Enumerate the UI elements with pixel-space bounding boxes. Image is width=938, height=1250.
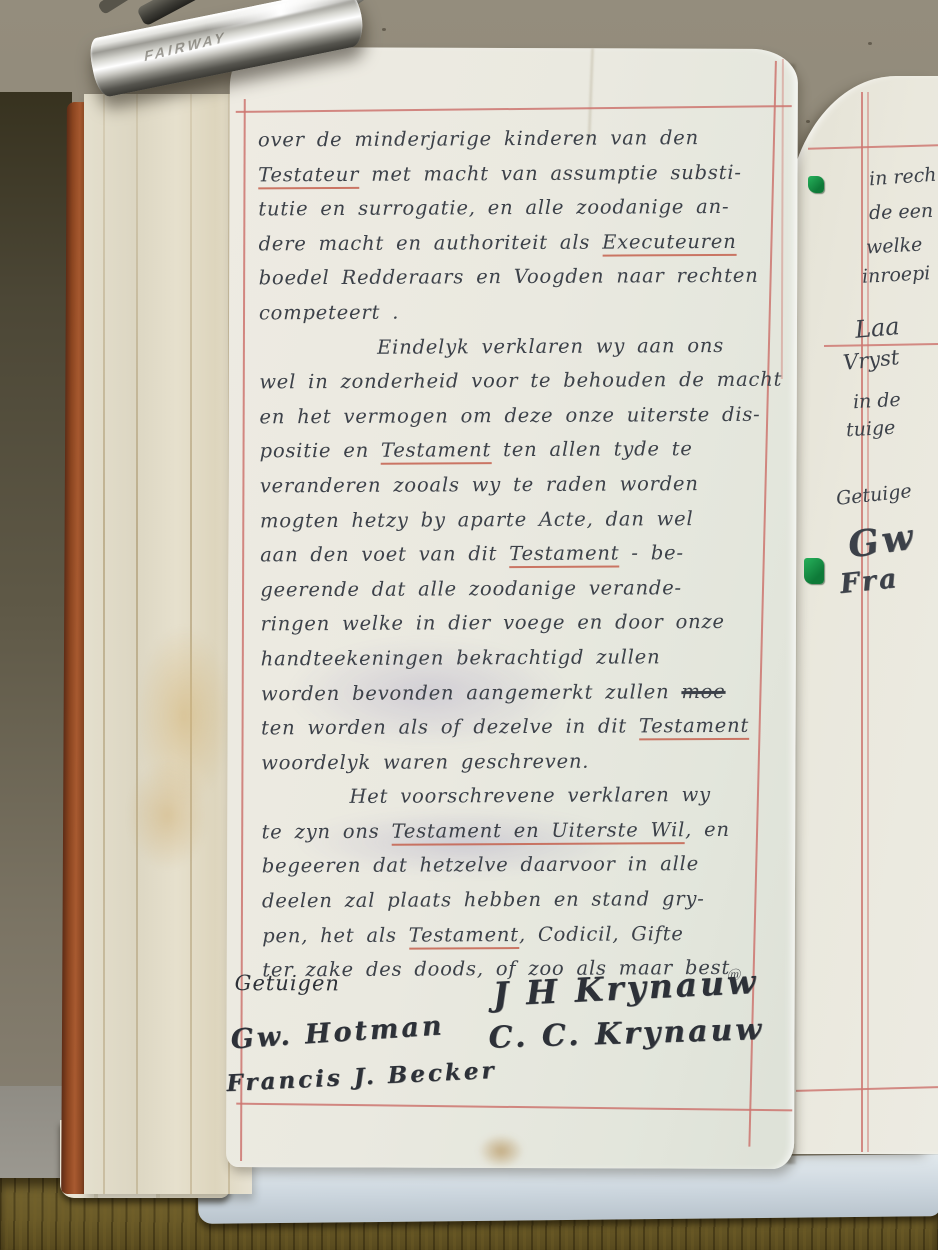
manuscript-segment: dere macht en authoriteit als [258, 230, 602, 255]
red-underlined-word: Testament en Uiterste Wil [392, 818, 686, 846]
red-underlined-word: Testament [639, 714, 749, 741]
manuscript-line: boedel Redderaars en Voogden naar rechte… [259, 259, 775, 296]
manuscript-line: geerende dat alle zoodanige verande- [260, 570, 776, 607]
manuscript-line: dere macht en authoriteit als Executeure… [258, 224, 774, 261]
red-underlined-word: Executeuren [602, 230, 737, 257]
manuscript-line: wel in zonderheid voor te behouden de ma… [259, 363, 775, 400]
manuscript-segment: Eindelyk verklaren wy aan ons [377, 334, 724, 359]
clip-bar: FAIRWAY [87, 0, 367, 99]
signature-testator-2: C. C. Krynauw [488, 1012, 765, 1056]
signature-witness-2: Francis J. Becker [226, 1057, 497, 1097]
manuscript-line: deelen zal plaats hebben en stand gry- [262, 882, 778, 919]
dust-speck [806, 120, 810, 123]
manuscript-line: Testateur met macht van assumptie substi… [258, 155, 774, 192]
manuscript-segment: - be- [619, 541, 684, 564]
manuscript-line: begeeren dat hetzelve daarvoor in alle [262, 847, 778, 884]
manuscript-segment: ten worden als of dezelve in dit [261, 714, 639, 739]
manuscript-segment: wel in zonderheid voor te behouden de ma… [259, 368, 782, 394]
manuscript-segment: begeeren dat hetzelve daarvoor in alle [262, 853, 699, 878]
margin-line-left [240, 99, 246, 1161]
manuscript-line: mogten hetzy by aparte Acte, dan wel [260, 501, 776, 538]
manuscript-segment: Het voorschrevene verklaren wy [349, 783, 711, 808]
manuscript-segment: worden bevonden aangemerkt zullen [261, 680, 682, 705]
manuscript-line: te zyn ons Testament en Uiterste Wil, en [262, 813, 778, 850]
next-page [786, 76, 938, 1154]
dust-speck [382, 28, 386, 31]
manuscript-line: en het vermogen om deze onze uiterste di… [259, 397, 775, 434]
struck-word: moe [681, 679, 725, 702]
green-seal [808, 176, 824, 193]
margin-line [867, 92, 869, 1152]
binder-clip: FAIRWAY [82, 0, 382, 132]
manuscript-segment: pen, het als [262, 923, 409, 947]
dust-speck [868, 42, 872, 45]
manuscript-line: veranderen zooals wy te raden worden [260, 467, 776, 504]
ruled-line [808, 144, 938, 149]
red-underlined-word: Testament [409, 923, 519, 950]
manuscript-line: handteekeningen bekrachtigd zullen [261, 640, 777, 677]
manuscript-segment: met macht van assumptie substi- [359, 160, 742, 185]
manuscript-segment: , Codicil, Gifte [519, 922, 684, 946]
manuscript-segment: te zyn ons [262, 820, 392, 844]
manuscript-line: woordelyk waren geschreven. [261, 743, 777, 780]
manuscript-line: positie en Testament ten allen tyde te [260, 432, 776, 469]
manuscript-segment: ten allen tyde te [491, 437, 693, 461]
witness-label: Getuigen [235, 971, 340, 995]
clip-engraving: FAIRWAY [143, 28, 228, 65]
manuscript-line: Het voorschrevene verklaren wy [349, 778, 777, 815]
signature-witness-1: Gw. Hotman [230, 1010, 446, 1055]
manuscript-segment: veranderen zooals wy te raden worden [260, 472, 699, 497]
manuscript-line: competeert . [259, 294, 775, 331]
manuscript-line: aan den voet van dit Testament - be- [260, 536, 776, 573]
manuscript-segment: positie en [260, 439, 381, 463]
manuscript-line: pen, het als Testament, Codicil, Gifte [262, 916, 778, 953]
margin-line [861, 92, 863, 1152]
page-edge-crease [136, 94, 138, 1194]
green-seal [804, 558, 824, 584]
manuscript-segment: aan den voet van dit [260, 542, 509, 566]
red-underlined-word: Testateur [258, 162, 359, 189]
document-page: over de minderjarige kinderen van denTes… [226, 47, 798, 1169]
red-underlined-word: Testament [381, 439, 491, 466]
manuscript-segment: , en [685, 818, 730, 841]
manuscript-segment: geerende dat alle zoodanige verande- [260, 576, 682, 601]
manuscript-segment: boedel Redderaars en Voogden naar rechte… [259, 264, 759, 290]
manuscript-line: Eindelyk verklaren wy aan ons [377, 328, 775, 365]
ruled-line-bottom [236, 1103, 792, 1112]
manuscript-segment: woordelyk waren geschreven. [261, 749, 589, 774]
clip-handle-icon [97, 0, 133, 15]
photograph: over de minderjarige kinderen van denTes… [0, 0, 938, 1250]
ruled-line [824, 343, 938, 347]
manuscript-line: ringen welke in dier voege en door onze [260, 605, 776, 642]
margin-line-right-2 [781, 59, 784, 379]
page-edge-crease [103, 94, 105, 1194]
manuscript-segment: tutie en surrogatie, en alle zoodanige a… [258, 195, 729, 220]
manuscript-line: ten worden als of dezelve in dit Testame… [261, 709, 777, 746]
manuscript-text: over de minderjarige kinderen van denTes… [258, 121, 779, 989]
manuscript-segment: handteekeningen bekrachtigd zullen [261, 645, 661, 670]
red-underlined-word: Testament [509, 542, 619, 569]
manuscript-segment: deelen zal plaats hebben en stand gry- [262, 887, 705, 912]
manuscript-segment: competeert . [259, 301, 399, 325]
water-stain [128, 760, 208, 870]
manuscript-segment: ringen welke in dier voege en door onze [260, 610, 724, 635]
manuscript-line: worden bevonden aangemerkt zullen moe [261, 674, 777, 711]
manuscript-segment: mogten hetzy by aparte Acte, dan wel [260, 507, 694, 532]
manuscript-line: tutie en surrogatie, en alle zoodanige a… [258, 190, 774, 227]
manuscript-segment: en het vermogen om deze onze uiterste di… [259, 403, 760, 429]
small-stain [478, 1134, 524, 1168]
